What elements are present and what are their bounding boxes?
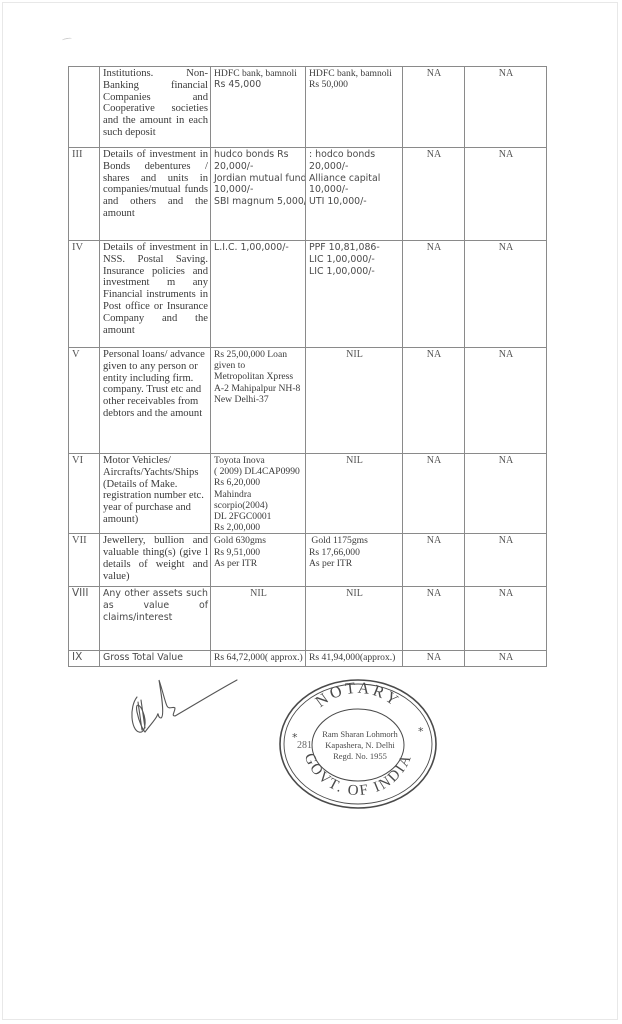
- dependent1-value: NA: [403, 241, 465, 348]
- dependent2-value: NA: [465, 651, 547, 667]
- row-description: Gross Total Value: [100, 651, 211, 667]
- row-description: Motor Vehicles/ Aircrafts/Yachts/Ships (…: [100, 454, 211, 534]
- signature: [125, 672, 245, 742]
- dependent1-value: NA: [403, 651, 465, 667]
- dependent2-value: NA: [465, 454, 547, 534]
- stamp-regd: Regd. No. 1955: [333, 751, 387, 761]
- spouse-value: HDFC bank, bamnoliRs 50,000: [306, 67, 403, 148]
- table-row: IX Gross Total Value Rs 64,72,000( appro…: [69, 651, 547, 667]
- row-number: VIII: [69, 587, 100, 651]
- row-number: III: [69, 148, 100, 241]
- row-number: VI: [69, 454, 100, 534]
- dependent2-value: NA: [465, 67, 547, 148]
- self-value: Toyota Inova( 2009) DL4CAP0990Rs 6,20,00…: [211, 454, 306, 534]
- self-value: Rs 25,00,000 Loangiven toMetropolitan Xp…: [211, 348, 306, 454]
- spouse-value: Gold 1175gmsRs 17,66,000As per ITR: [306, 534, 403, 587]
- row-description: Personal loans/ advance given to any per…: [100, 348, 211, 454]
- self-value: L.I.C. 1,00,000/-: [211, 241, 306, 348]
- spouse-value: NIL: [306, 587, 403, 651]
- row-number: VII: [69, 534, 100, 587]
- dependent1-value: NA: [403, 534, 465, 587]
- dependent1-value: NA: [403, 348, 465, 454]
- spouse-value: NIL: [306, 454, 403, 534]
- dependent2-value: NA: [465, 348, 547, 454]
- table-row: Institutions. Non-Banking financial Comp…: [69, 67, 547, 148]
- row-number: [69, 67, 100, 148]
- spouse-value: Rs 41,94,000(approx.): [306, 651, 403, 667]
- stamp-name: Ram Sharan Lohmorh: [322, 729, 398, 739]
- self-value: NIL: [211, 587, 306, 651]
- self-value: Rs 64,72,000( approx.): [211, 651, 306, 667]
- dependent2-value: NA: [465, 534, 547, 587]
- svg-text:*: *: [418, 725, 424, 738]
- dependent2-value: NA: [465, 587, 547, 651]
- page-number: 281: [297, 740, 312, 751]
- table-row: IV Details of investment in NSS. Postal …: [69, 241, 547, 348]
- row-number: IV: [69, 241, 100, 348]
- row-number: IX: [69, 651, 100, 667]
- row-description: Any other assets such as value of claims…: [100, 587, 211, 651]
- table-row: VII Jewellery, bullion and valuable thin…: [69, 534, 547, 587]
- self-value: Gold 630gmsRs 9,51,000As per ITR: [211, 534, 306, 587]
- table-row: V Personal loans/ advance given to any p…: [69, 348, 547, 454]
- table-row: VIII Any other assets such as value of c…: [69, 587, 547, 651]
- spouse-value: : hodco bonds20,000/-Alliance capital10,…: [306, 148, 403, 241]
- dependent2-value: NA: [465, 241, 547, 348]
- table-row: VI Motor Vehicles/ Aircrafts/Yachts/Ship…: [69, 454, 547, 534]
- dependent1-value: NA: [403, 587, 465, 651]
- row-number: V: [69, 348, 100, 454]
- dependent1-value: NA: [403, 67, 465, 148]
- dependent1-value: NA: [403, 454, 465, 534]
- self-value: HDFC bank, bamnoliRs 45,000: [211, 67, 306, 148]
- dependent2-value: NA: [465, 148, 547, 241]
- spouse-value: NIL: [306, 348, 403, 454]
- asset-declaration-table: Institutions. Non-Banking financial Comp…: [68, 66, 547, 667]
- row-description: Details of investment in NSS. Postal Sav…: [100, 241, 211, 348]
- table-row: III Details of investment in Bonds deben…: [69, 148, 547, 241]
- stamp-place: Kapashera, N. Delhi: [325, 740, 395, 750]
- self-value: hudco bonds Rs20,000/-Jordian mutual fun…: [211, 148, 306, 241]
- spouse-value: PPF 10,81,086-LIC 1,00,000/-LIC 1,00,000…: [306, 241, 403, 348]
- dependent1-value: NA: [403, 148, 465, 241]
- row-description: Institutions. Non-Banking financial Comp…: [100, 67, 211, 148]
- row-description: Details of investment in Bonds debenture…: [100, 148, 211, 241]
- row-description: Jewellery, bullion and valuable thing(s)…: [100, 534, 211, 587]
